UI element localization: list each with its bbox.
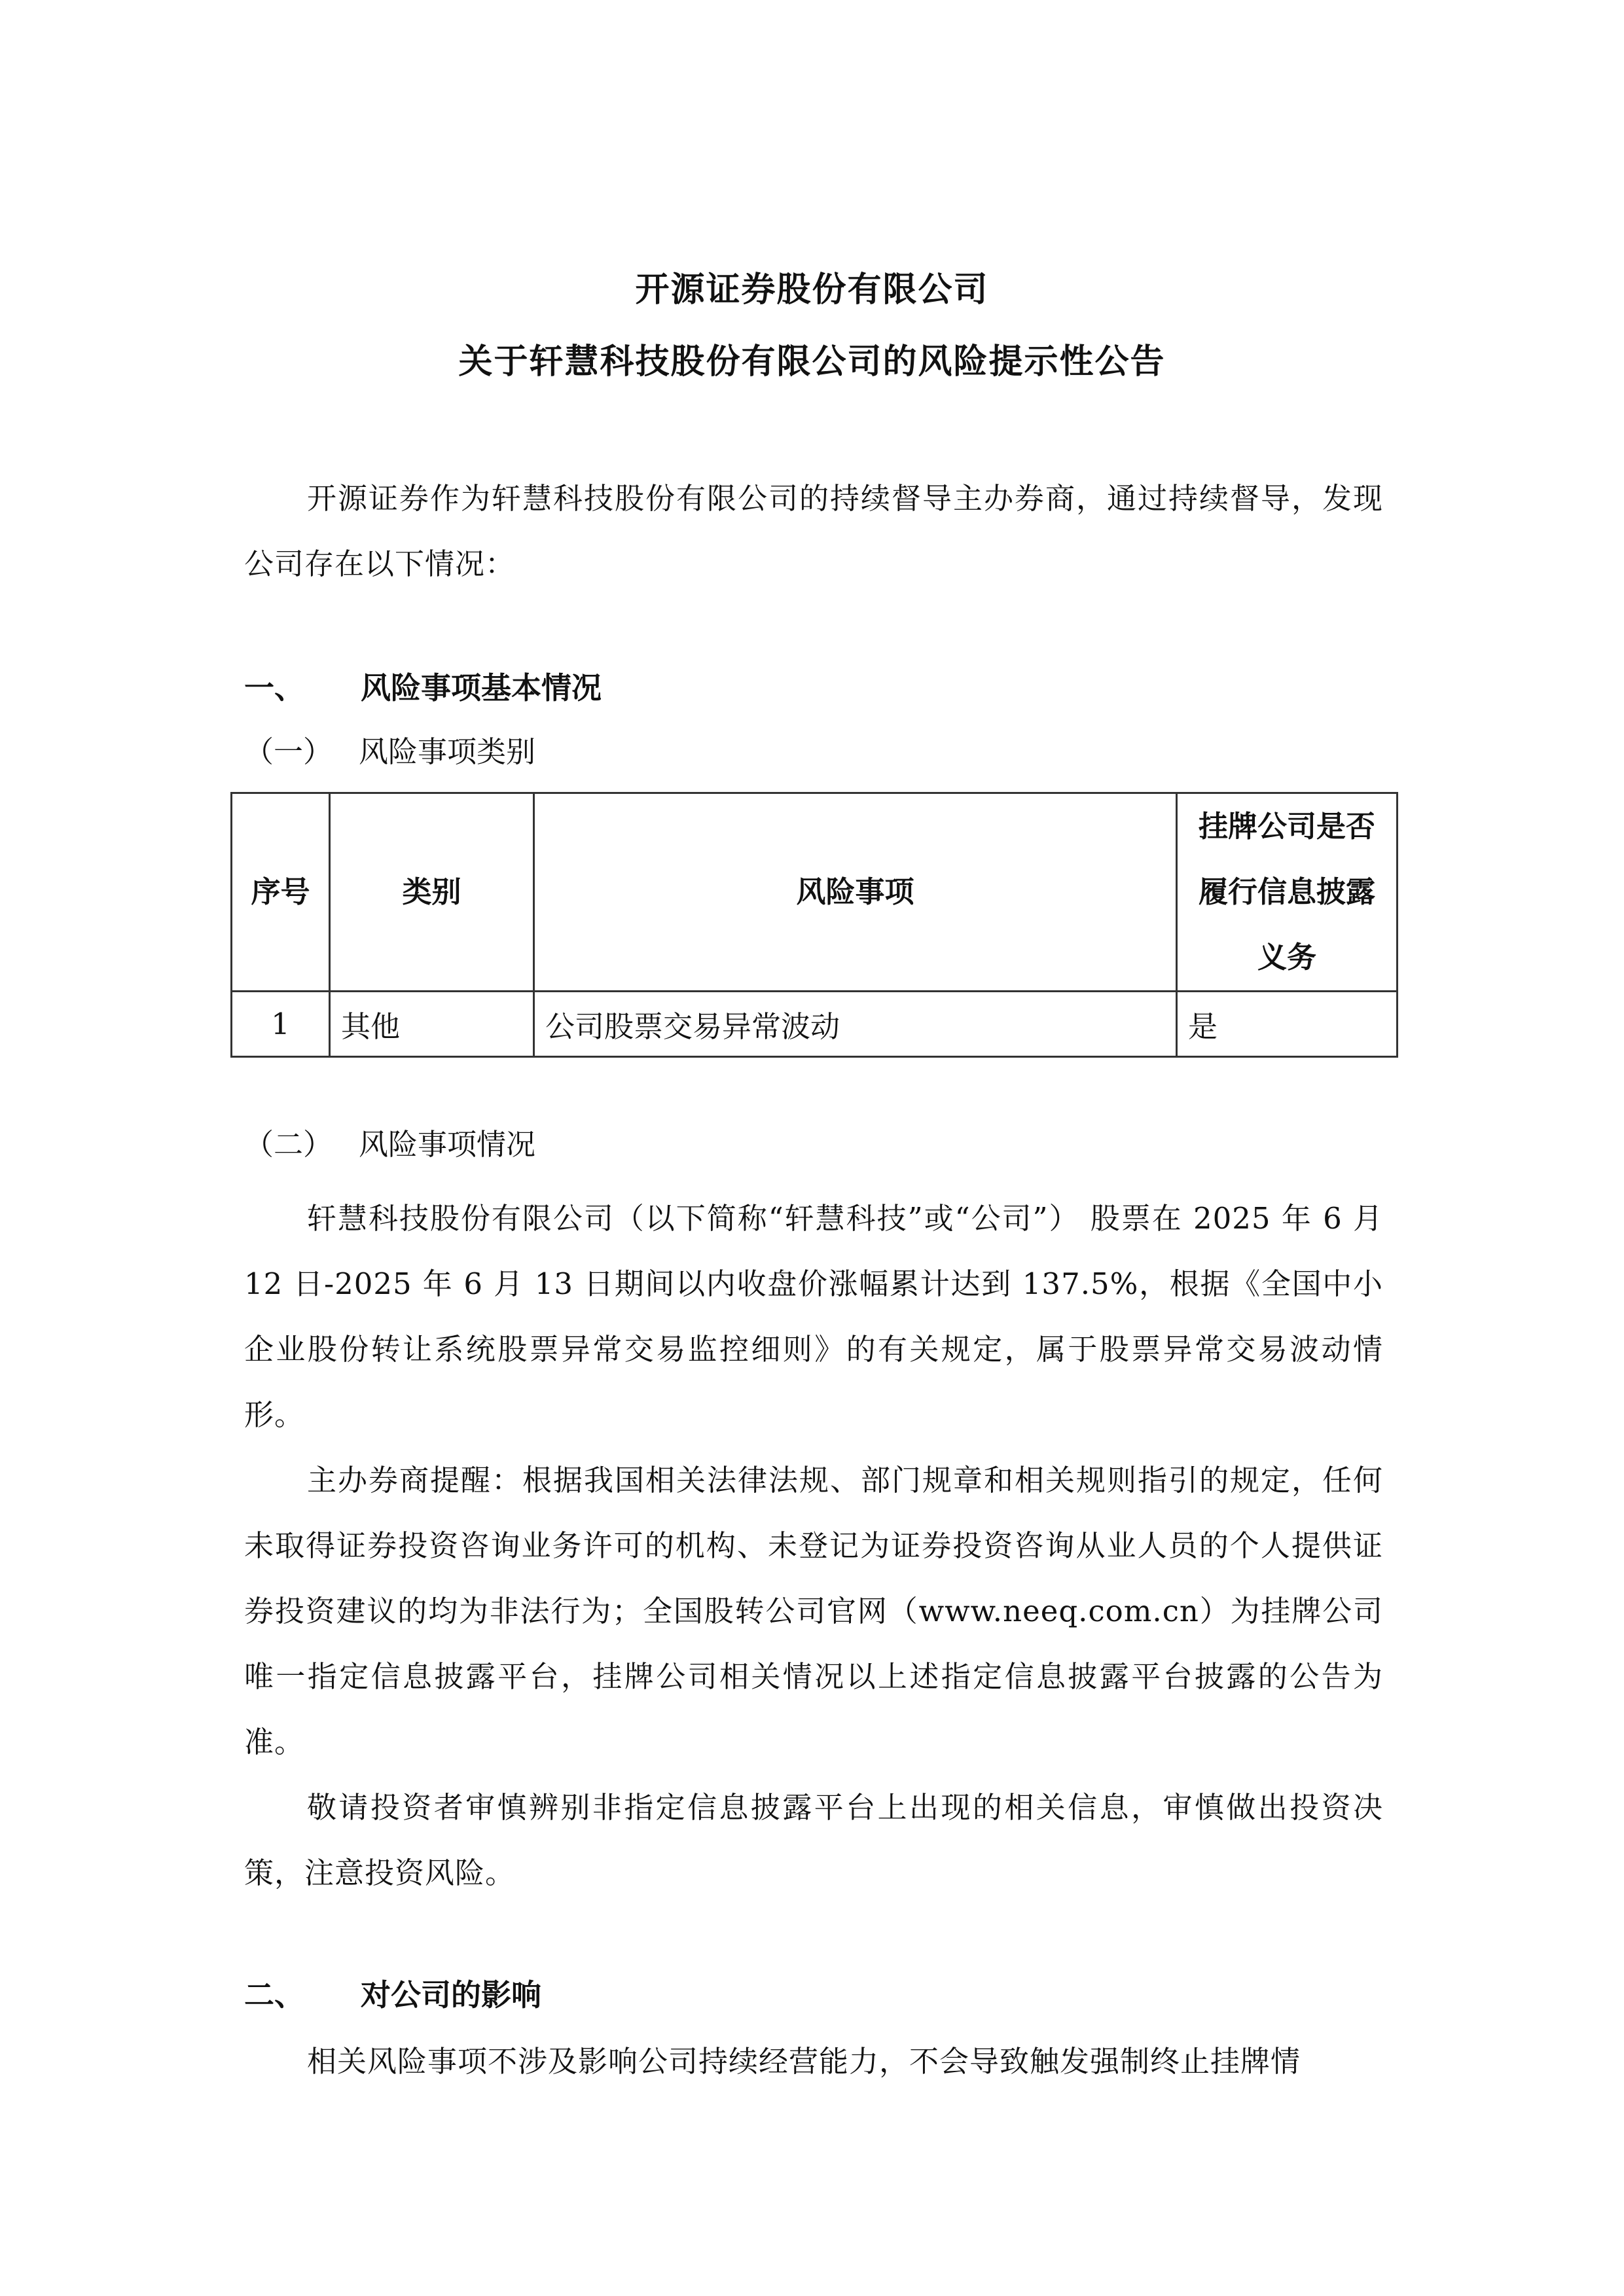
cell-index: 1 <box>232 992 330 1057</box>
intro-paragraph: 开源证券作为轩慧科技股份有限公司的持续督导主办券商，通过持续督导，发现公司存在以… <box>244 466 1383 597</box>
risk-category-table: 序号 类别 风险事项 挂牌公司是否履行信息披露义务 1 其他 公司股票交易异常波… <box>230 792 1398 1058</box>
subsection2-title: 风险事项情况 <box>359 1127 535 1162</box>
investor-caution-paragraph: 敬请投资者审慎辨别非指定信息披露平台上出现的相关信息，审慎做出投资决策，注意投资… <box>244 1775 1383 1906</box>
section1-title: 风险事项基本情况 <box>361 670 602 706</box>
subsection2-number: （二） <box>244 1121 359 1163</box>
subsection2-heading: （二）风险事项情况 <box>244 1121 535 1163</box>
document-title-subject: 关于轩慧科技股份有限公司的风险提示性公告 <box>0 334 1624 383</box>
subsection1-title: 风险事项类别 <box>359 734 535 769</box>
section1-number: 一、 <box>244 664 361 708</box>
header-index: 序号 <box>232 793 330 992</box>
cell-disclosure-fulfilled: 是 <box>1177 992 1398 1057</box>
section2-title: 对公司的影响 <box>361 1977 541 2013</box>
sponsor-reminder-paragraph: 主办券商提醒：根据我国相关法律法规、部门规章和相关规则指引的规定，任何未取得证券… <box>244 1448 1383 1775</box>
cell-category: 其他 <box>330 992 534 1057</box>
header-risk-item: 风险事项 <box>534 793 1177 992</box>
risk-situation-paragraph: 轩慧科技股份有限公司（以下简称“轩慧科技”或“公司”） 股票在 2025 年 6… <box>244 1186 1383 1448</box>
subsection1-heading: （一）风险事项类别 <box>244 728 535 770</box>
section1-heading: 一、风险事项基本情况 <box>244 664 602 708</box>
document-title-issuer: 开源证券股份有限公司 <box>0 262 1624 311</box>
section2-number: 二、 <box>244 1971 361 2015</box>
table-row: 1 其他 公司股票交易异常波动 是 <box>232 992 1398 1057</box>
impact-paragraph: 相关风险事项不涉及影响公司持续经营能力，不会导致触发强制终止挂牌情 <box>244 2029 1383 2094</box>
header-category: 类别 <box>330 793 534 992</box>
subsection1-number: （一） <box>244 728 359 770</box>
table-header-row: 序号 类别 风险事项 挂牌公司是否履行信息披露义务 <box>232 793 1398 992</box>
cell-risk-item: 公司股票交易异常波动 <box>534 992 1177 1057</box>
header-disclosure-fulfilled: 挂牌公司是否履行信息披露义务 <box>1177 793 1398 992</box>
section2-heading: 二、对公司的影响 <box>244 1971 541 2015</box>
document-page: 开源证券股份有限公司 关于轩慧科技股份有限公司的风险提示性公告 开源证券作为轩慧… <box>0 0 1624 2296</box>
